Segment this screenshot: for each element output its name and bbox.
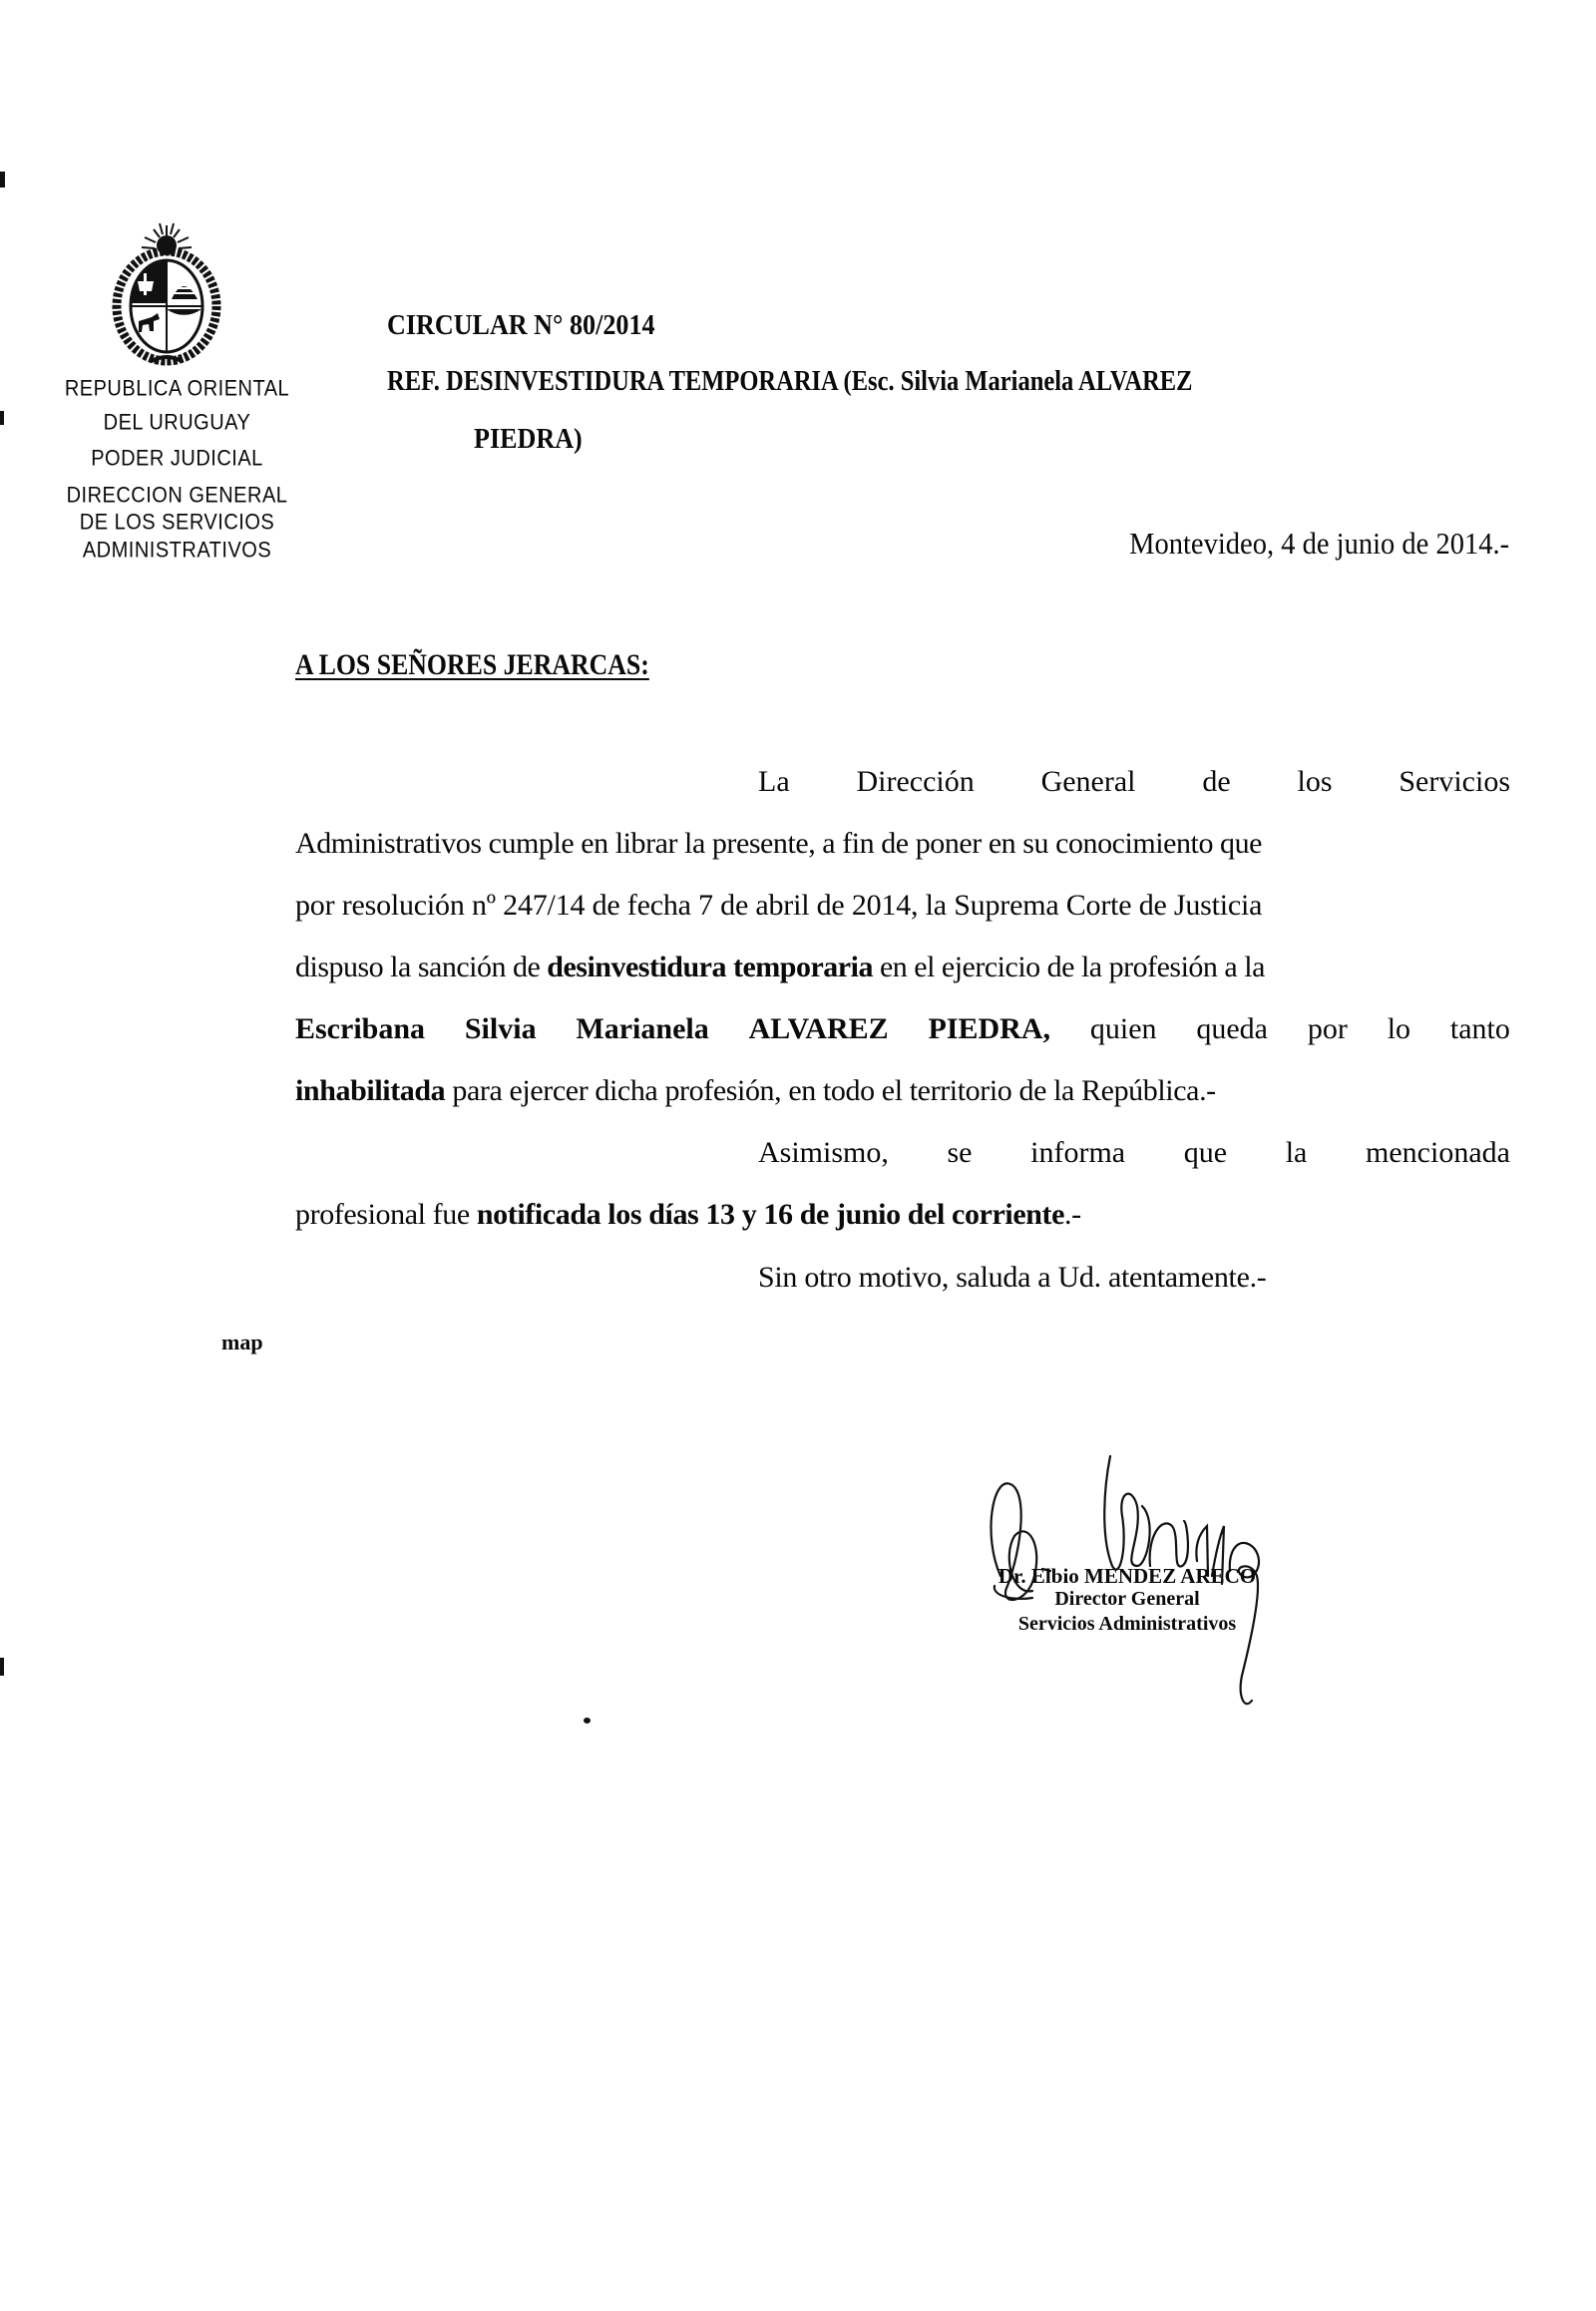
text: .- — [1064, 1198, 1081, 1231]
word: lo — [1388, 1011, 1410, 1047]
word: Servicios — [1398, 764, 1510, 800]
body-line: dispuso la sanción de desinvestidura tem… — [295, 950, 1510, 985]
word: La — [758, 764, 790, 800]
word: queda — [1196, 1011, 1268, 1047]
text: dispuso la sanción de — [295, 951, 547, 983]
word: informa — [1030, 1135, 1125, 1171]
signatory-office: Servicios Administrativos — [978, 1613, 1277, 1636]
word: se — [948, 1135, 973, 1171]
word: General — [1041, 764, 1136, 800]
word: mencionada — [1366, 1135, 1510, 1171]
body-line: inhabilitada para ejercer dicha profesió… — [295, 1073, 1510, 1109]
letterhead-line: DEL URUGUAY — [55, 412, 299, 434]
typist-initials: map — [221, 1330, 263, 1355]
word: por — [1308, 1011, 1348, 1047]
text: en el ejercicio de la profesión a la — [873, 951, 1265, 983]
scan-mark — [0, 411, 4, 425]
word: de — [1202, 764, 1230, 800]
body-line: Asimismo, se informa que la mencionada — [758, 1135, 1510, 1171]
emphasis: inhabilitada — [295, 1074, 445, 1107]
salutation: A LOS SEÑORES JERARCAS: — [295, 648, 649, 682]
scan-mark — [0, 1658, 4, 1676]
word: Dirección — [856, 764, 974, 800]
word: Marianela — [576, 1011, 708, 1047]
scan-dot — [584, 1718, 591, 1724]
signatory-name: Dr. Elbio MENDEZ ARECO — [978, 1564, 1277, 1589]
word: que — [1184, 1135, 1227, 1171]
word: la — [1286, 1135, 1308, 1171]
signatory-title: Director General — [978, 1588, 1277, 1611]
word: Asimismo, — [758, 1135, 889, 1171]
word: Escribana — [295, 1011, 425, 1047]
body-line: profesional fue notificada los días 13 y… — [295, 1197, 1510, 1233]
reference-line-continued: PIEDRA) — [474, 423, 583, 456]
word: ALVAREZ — [749, 1011, 889, 1047]
word: tanto — [1450, 1011, 1510, 1047]
letterhead-line: PODER JUDICIAL — [55, 448, 299, 470]
reference-line: REF. DESINVESTIDURA TEMPORARIA (Esc. Sil… — [387, 365, 1192, 398]
letterhead-line: ADMINISTRATIVOS — [55, 540, 299, 562]
body-line: Escribana Silvia Marianela ALVAREZ PIEDR… — [295, 1011, 1510, 1047]
text: profesional fue — [295, 1198, 477, 1231]
circular-number: CIRCULAR N° 80/2014 — [387, 309, 655, 342]
emphasis: notificada los días 13 y 16 de junio del… — [477, 1198, 1064, 1231]
body-line: Administrativos cumple en librar la pres… — [295, 826, 1510, 862]
closing-line: Sin otro motivo, saluda a Ud. atentament… — [758, 1260, 1510, 1296]
letterhead-line: DIRECCION GENERAL — [55, 485, 299, 507]
emphasis: desinvestidura temporaria — [547, 951, 873, 983]
scan-mark — [0, 172, 5, 188]
letterhead-line: REPUBLICA ORIENTAL — [55, 378, 299, 400]
word: Silvia — [465, 1011, 537, 1047]
body-line: La Dirección General de los Servicios — [758, 764, 1510, 800]
word: quien — [1090, 1011, 1157, 1047]
body-line: por resolución nº 247/14 de fecha 7 de a… — [295, 888, 1510, 924]
word: los — [1298, 764, 1333, 800]
document-date: Montevideo, 4 de junio de 2014.- — [1129, 526, 1509, 562]
word: PIEDRA, — [929, 1011, 1051, 1047]
letterhead-line: DE LOS SERVICIOS — [55, 512, 299, 534]
text: para ejercer dicha profesión, en todo el… — [445, 1074, 1215, 1107]
uruguay-coat-of-arms-icon — [112, 221, 221, 371]
